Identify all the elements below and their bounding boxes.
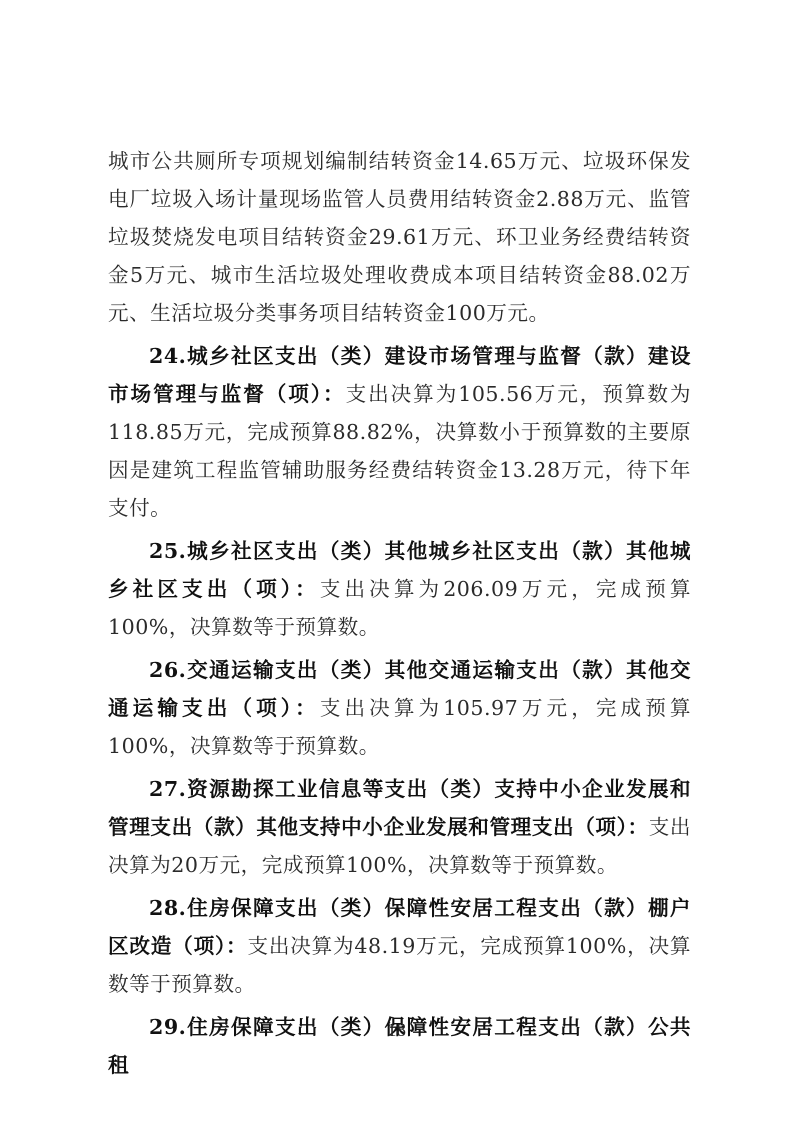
item-24: 24.城乡社区支出（类）建设市场管理与监督（款）建设市场管理与监督（项）：支出决… [108, 337, 691, 527]
item-27: 27.资源勘探工业信息等支出（类）支持中小企业发展和管理支出（款）其他支持中小企… [108, 770, 691, 884]
document-page: 城市公共厕所专项规划编制结转资金14.65万元、垃圾环保发电厂垃圾入场计量现场监… [108, 142, 691, 1084]
item-26: 26.交通运输支出（类）其他交通运输支出（款）其他交通运输支出（项）：支出决算为… [108, 651, 691, 765]
paragraph-text: 城市公共厕所专项规划编制结转资金14.65万元、垃圾环保发电厂垃圾入场计量现场监… [108, 149, 691, 325]
item-25: 25.城乡社区支出（类）其他城乡社区支出（款）其他城乡社区支出（项）：支出决算为… [108, 532, 691, 646]
page-number: 18 [0, 1020, 793, 1042]
item-heading: 27.资源勘探工业信息等支出（类）支持中小企业发展和管理支出（款）其他支持中小企… [108, 777, 691, 839]
continuation-paragraph: 城市公共厕所专项规划编制结转资金14.65万元、垃圾环保发电厂垃圾入场计量现场监… [108, 142, 691, 332]
item-28: 28.住房保障支出（类）保障性安居工程支出（款）棚户区改造（项）：支出决算为48… [108, 889, 691, 1003]
